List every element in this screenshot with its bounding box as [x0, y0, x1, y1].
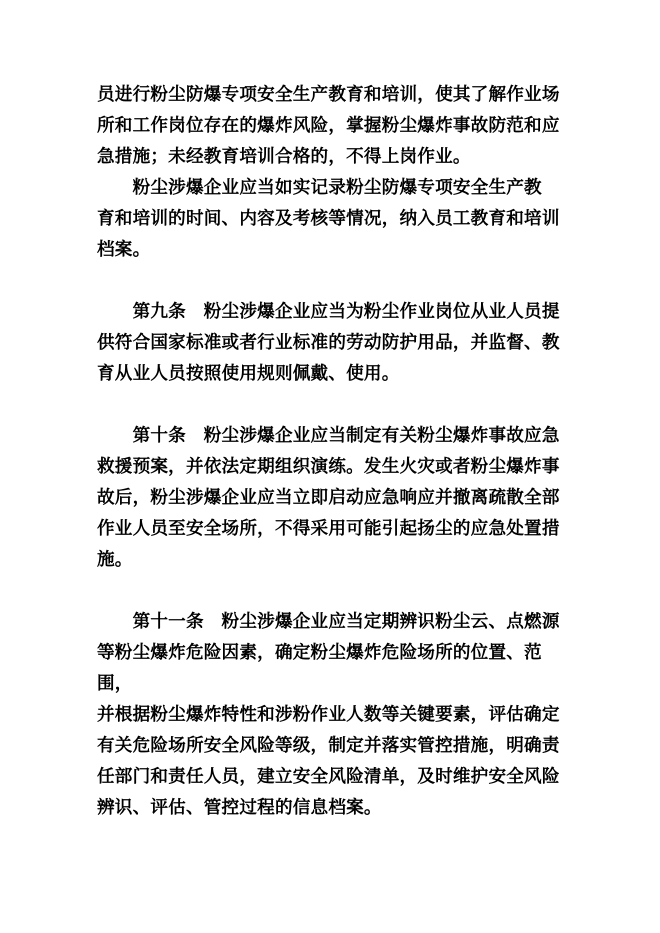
document-page: 员进行粉尘防爆专项安全生产教育和培训，使其了解作业场 所和工作岗位存在的爆炸风险… — [0, 0, 660, 933]
paragraph-article-10: 第十条 粉尘涉爆企业应当制定有关粉尘爆炸事故应急 救援预案，并依法定期组织演练。… — [97, 420, 569, 575]
paragraph-article-9: 第九条 粉尘涉爆企业应当为粉尘作业岗位从业人员提 供符合国家标准或者行业标准的劳… — [97, 296, 569, 389]
paragraph-continuation: 员进行粉尘防爆专项安全生产教育和培训，使其了解作业场 所和工作岗位存在的爆炸风险… — [97, 79, 569, 172]
paragraph-training-records: 粉尘涉爆企业应当如实记录粉尘防爆专项安全生产教 育和培训的时间、内容及考核等情况… — [97, 172, 569, 265]
document-text-block: 员进行粉尘防爆专项安全生产教育和培训，使其了解作业场 所和工作岗位存在的爆炸风险… — [97, 79, 569, 823]
paragraph-article-11: 第十一条 粉尘涉爆企业应当定期辨识粉尘云、点燃源 等粉尘爆炸危险因素，确定粉尘爆… — [97, 606, 569, 823]
